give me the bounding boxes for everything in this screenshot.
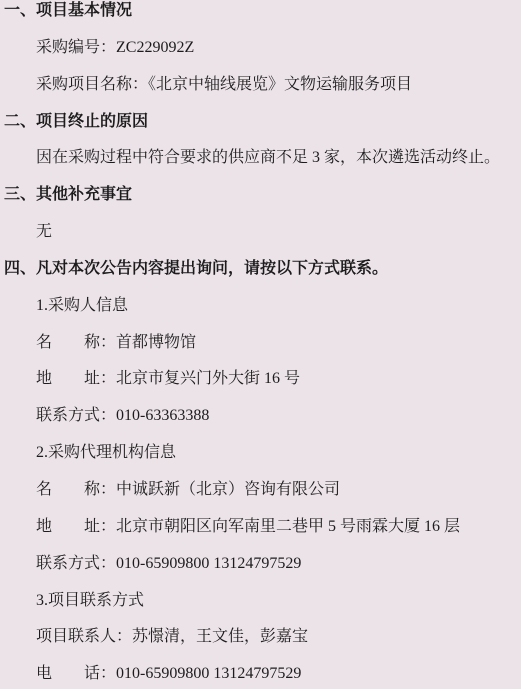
termination-reason: 因在采购过程中符合要求的供应商不足 3 家，本次遴选活动终止。 (36, 140, 521, 177)
section4-heading: 四、凡对本次公告内容提出询问，请按以下方式联系。 (4, 251, 521, 288)
announcement-page: { "page": { "background_color": "#ECE3E9… (0, 0, 521, 689)
section3-heading: 三、其他补充事宜 (4, 177, 521, 214)
procurement-project-name: 采购项目名称：《北京中轴线展览》文物运输服务项目 (36, 67, 521, 104)
purchaser-name: 名 称：首都博物馆 (36, 325, 521, 362)
agency-info-title: 2.采购代理机构信息 (36, 435, 521, 472)
procurement-number: 采购编号：ZC229092Z (36, 30, 521, 67)
project-contact-phone: 电 话：010-65909800 13124797529 (36, 656, 521, 689)
agency-name: 名 称：中诚跃新（北京）咨询有限公司 (36, 472, 521, 509)
project-contact-persons: 项目联系人：苏憬清，王文佳，彭嘉宝 (36, 619, 521, 656)
purchaser-info-title: 1.采购人信息 (36, 288, 521, 325)
supplementary-content: 无 (36, 214, 521, 251)
purchaser-contact: 联系方式：010-63363388 (36, 398, 521, 435)
section1-heading: 一、项目基本情况 (4, 0, 521, 30)
purchaser-address: 地 址：北京市复兴门外大街 16 号 (36, 361, 521, 398)
agency-address: 地 址：北京市朝阳区向军南里二巷甲 5 号雨霖大厦 16 层 (36, 509, 521, 546)
announcement-document: 一、项目基本情况 采购编号：ZC229092Z 采购项目名称：《北京中轴线展览》… (0, 0, 521, 689)
section2-heading: 二、项目终止的原因 (4, 104, 521, 141)
agency-contact: 联系方式：010-65909800 13124797529 (36, 546, 521, 583)
project-contact-title: 3.项目联系方式 (36, 583, 521, 620)
